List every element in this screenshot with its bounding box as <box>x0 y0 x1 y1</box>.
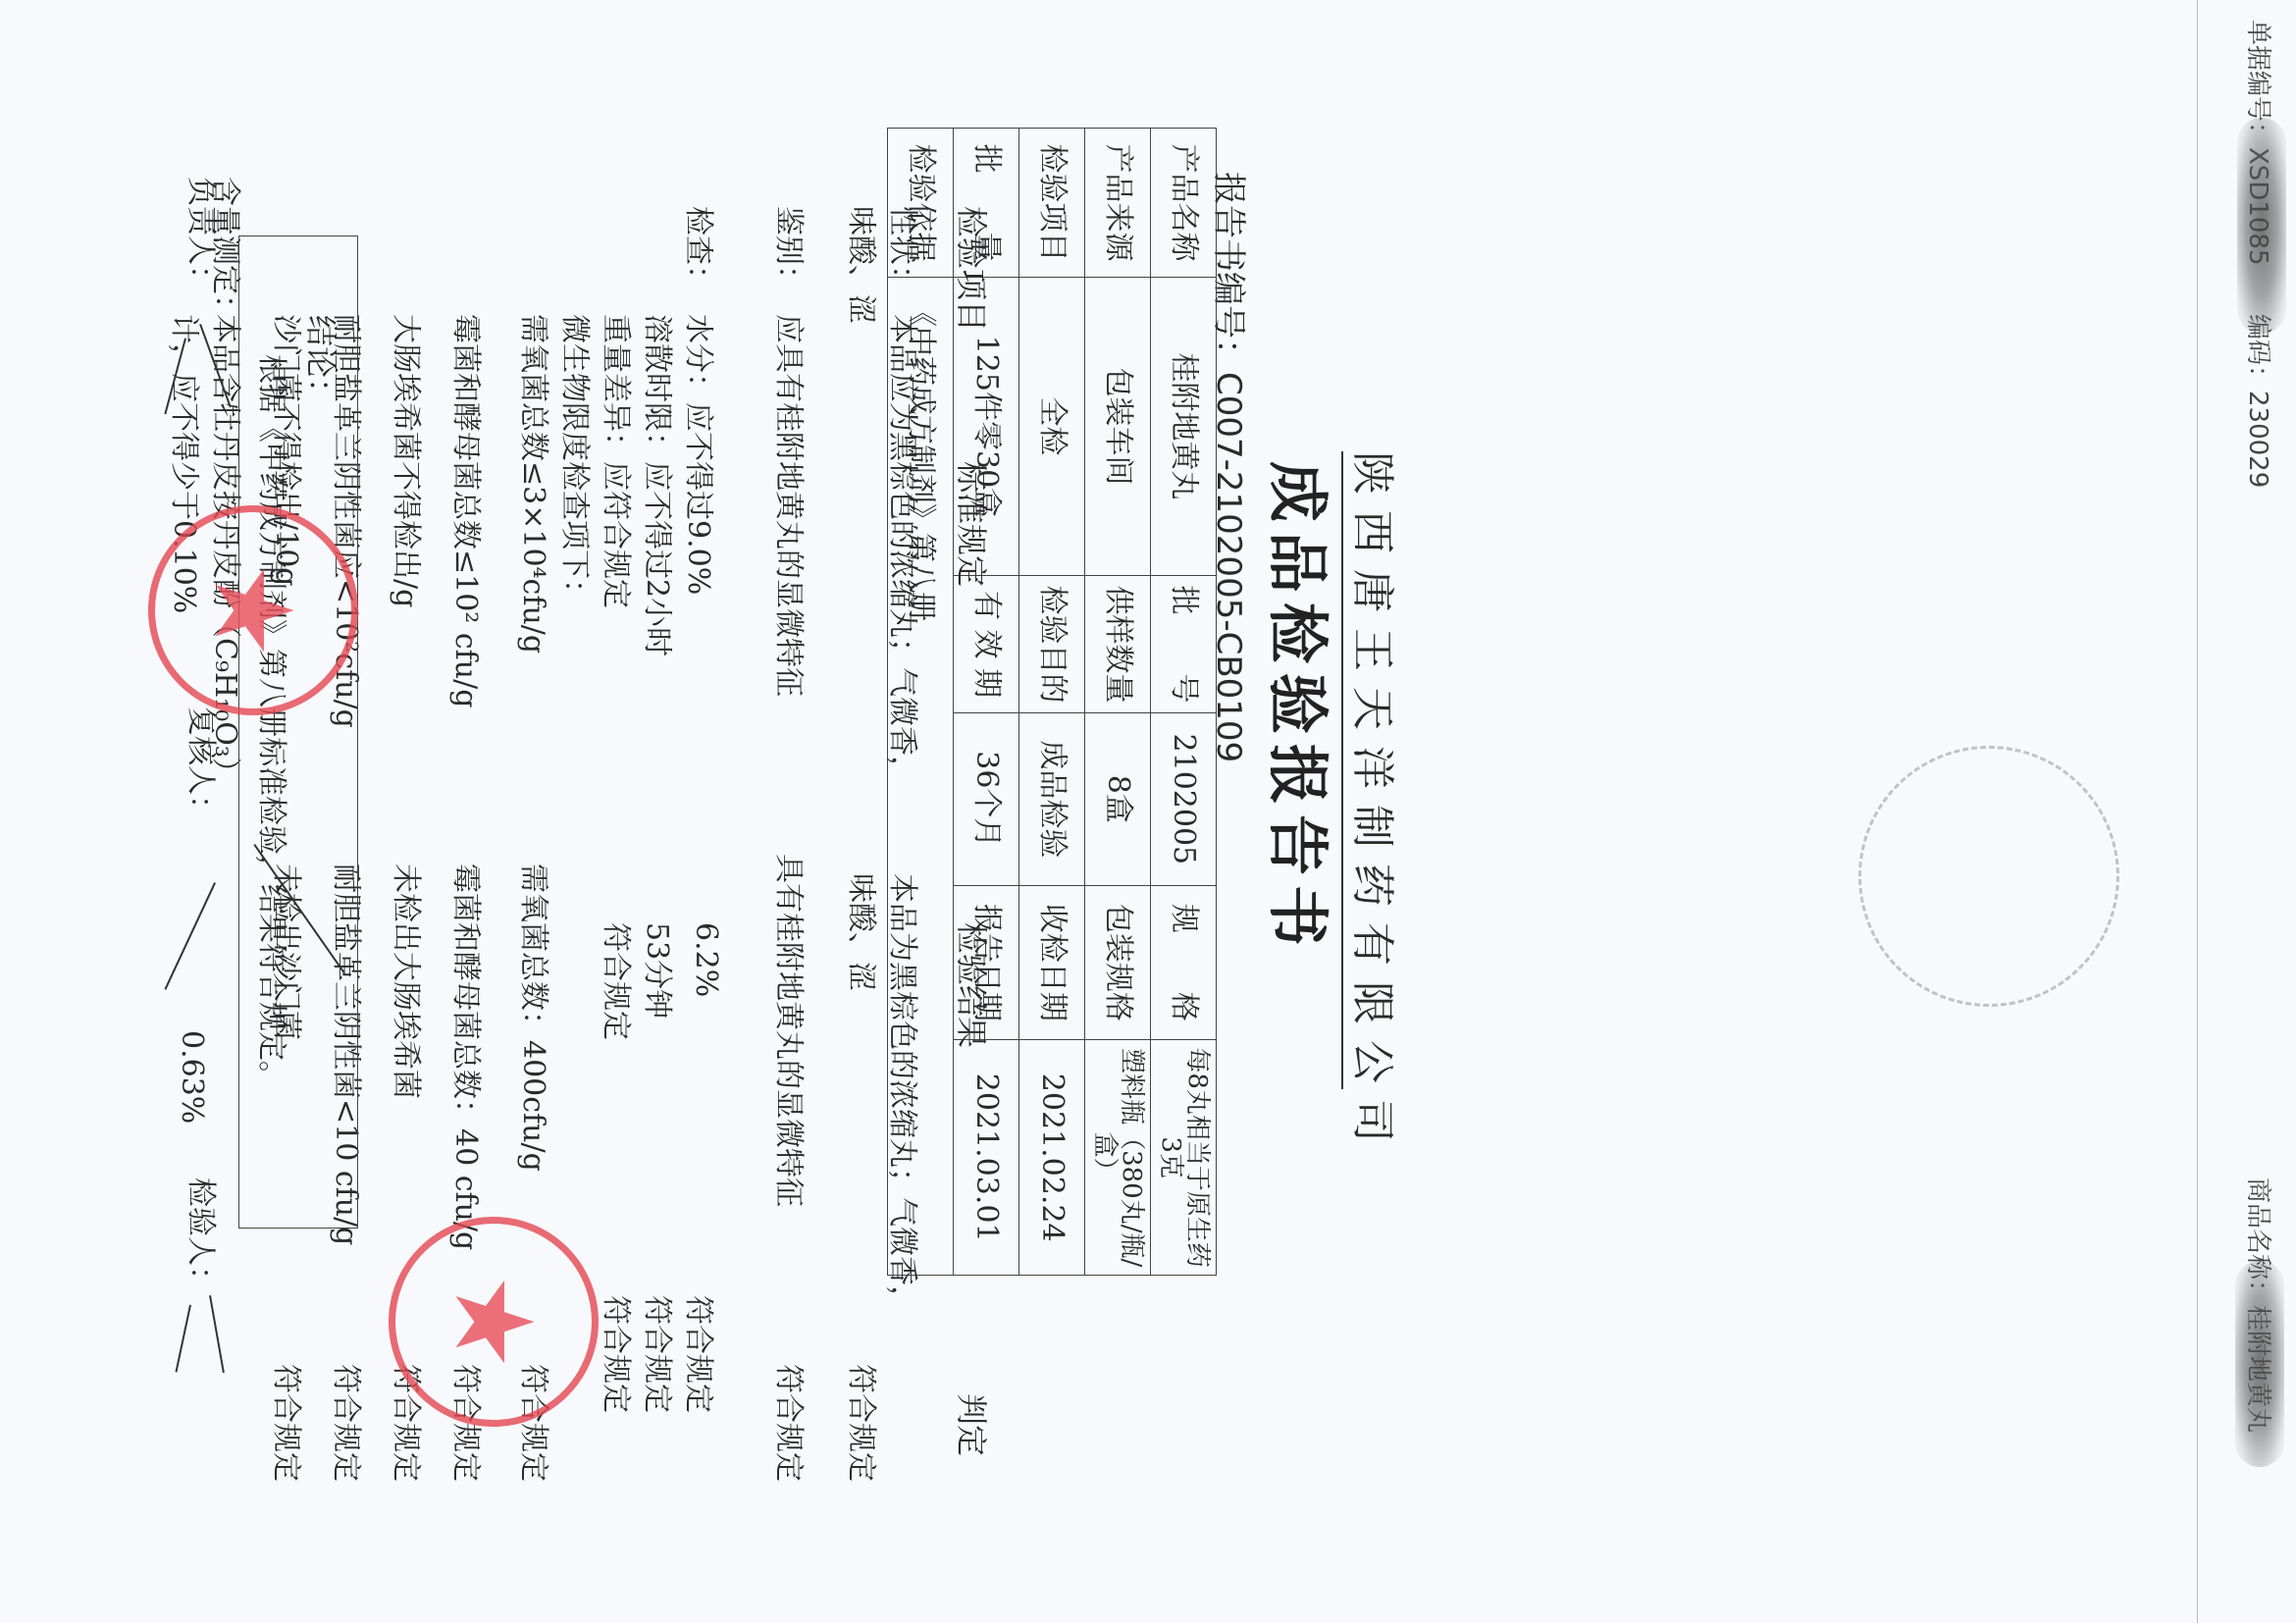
verdict-text: 符合规定 <box>598 1295 641 1413</box>
info-value: 2102005 <box>1151 713 1217 885</box>
info-label: 供样数量 <box>1085 575 1151 712</box>
info-label: 包装规格 <box>1085 885 1151 1040</box>
info-label: 产品来源 <box>1085 129 1151 278</box>
standard-text: 应具有桂附地黄丸的显微特征 <box>770 314 813 697</box>
info-value: 塑料瓶（380丸/瓶/盒） <box>1085 1040 1151 1276</box>
standard-text: 微生物限度检查项下： <box>556 314 600 608</box>
info-row: 产品来源包装车间供样数量8盒包装规格塑料瓶（380丸/瓶/盒） <box>1085 129 1151 1276</box>
result-text: 0.63% <box>175 1030 209 1124</box>
result-text: 符合规定 <box>598 922 641 1040</box>
standard-text: 溶散时限：应不得过2小时 <box>639 314 682 656</box>
info-value: 2021.02.24 <box>1019 1040 1085 1276</box>
info-label: 检验目的 <box>1019 575 1085 712</box>
verdict-text: 符合规定 <box>639 1295 682 1413</box>
info-value: 每8丸相当于原生药3克 <box>1151 1040 1217 1276</box>
info-value: 桂附地黄丸 <box>1151 277 1217 575</box>
info-table: 产品名称桂附地黄丸批 号2102005规 格每8丸相当于原生药3克产品来源包装车… <box>887 128 1217 1276</box>
verdict-text: 符合规定 <box>843 1364 886 1482</box>
info-label: 规 格 <box>1151 885 1217 1040</box>
inspection-report-page: 单据编号：XSD1085 编码：230029 商品名称：桂附地黄丸 陕西唐王天洋… <box>0 0 2296 1623</box>
inspector: 检验人： <box>183 1178 226 1295</box>
inspector-label: 检验人： <box>183 1178 218 1295</box>
star-icon: ★ <box>440 1274 548 1371</box>
signature-reviewer <box>164 882 216 990</box>
info-row: 检验项目全检检验目的成品检验收检日期2021.02.24 <box>1019 129 1085 1276</box>
conclusion-box: 结论： 根据《中药成方制剂》第八册标准检验，结果符合规定。 <box>238 236 358 1229</box>
standard-text: 味酸、涩 <box>843 206 886 324</box>
conclusion-text: 根据《中药成方制剂》第八册标准检验，结果符合规定。 <box>253 354 296 1090</box>
info-label: 检验项目 <box>1019 129 1085 278</box>
section-label: 性状： <box>884 206 927 294</box>
info-row: 产品名称桂附地黄丸批 号2102005规 格每8丸相当于原生药3克 <box>1151 129 1217 1276</box>
report-title: 成品检验报告书 <box>1259 461 1346 1168</box>
result-text: 味酸、涩 <box>843 873 886 991</box>
result-text: 6.2% <box>689 922 723 997</box>
info-value: 8盒 <box>1085 713 1151 885</box>
standard-text: 本品应为黑棕色的浓缩丸；气微香， <box>884 314 927 785</box>
col-header-item: 检验项目 <box>951 206 996 332</box>
info-value: 包装车间 <box>1085 277 1151 575</box>
col-header-verdict: 判定 <box>951 1393 996 1456</box>
section-label: 鉴别： <box>770 206 813 294</box>
signature-inspector <box>209 1295 225 1373</box>
info-value: 成品检验 <box>1019 713 1085 885</box>
responsible-label: 负责人： <box>183 177 218 294</box>
info-label: 有 效 期 <box>954 575 1019 712</box>
standard-text: 重量差异：应符合规定 <box>598 314 641 608</box>
result-text: 需氧菌总数：400cfu/g <box>515 864 558 1172</box>
result-text: 具有桂附地黄丸的显微特征 <box>770 854 813 1207</box>
result-text: 本品为黑棕色的浓缩丸；气微香， <box>884 873 927 1315</box>
info-label: 产品名称 <box>1151 129 1217 278</box>
reviewer-label: 复核人： <box>183 707 218 824</box>
verdict-text: 符合规定 <box>268 1364 311 1482</box>
responsible-person: 负责人： <box>183 177 226 294</box>
info-value: 2021.03.01 <box>954 1040 1019 1276</box>
reviewer: 复核人： <box>183 707 226 824</box>
info-label: 收检日期 <box>1019 885 1085 1040</box>
standard-text: 霉菌和酵母菌总数≤10² cfu/g <box>447 314 491 707</box>
standard-text: 需氧菌总数≤3×10⁴cfu/g <box>515 314 558 654</box>
conclusion-label: 结论： <box>300 315 345 409</box>
star-icon: ★ <box>199 562 307 659</box>
col-header-result: 检验结果 <box>951 922 996 1048</box>
standard-text: 大肠埃希菌不得检出/g <box>388 314 431 607</box>
result-text: 霉菌和酵母菌总数：40 cfu/g <box>447 864 491 1250</box>
section-label: 检查： <box>680 206 723 294</box>
company-heading: 陕西唐王天洋制药有限公司 <box>1341 451 1408 1089</box>
info-value: 全检 <box>1019 277 1085 575</box>
info-value: 36个月 <box>954 713 1019 885</box>
verdict-text: 符合规定 <box>770 1364 813 1482</box>
verdict-text: 符合规定 <box>680 1295 723 1413</box>
result-text: 未检出大肠埃希菌 <box>388 864 431 1099</box>
qc-red-stamp: ★ <box>389 1217 599 1427</box>
col-header-standard: 标准规定 <box>951 461 996 587</box>
company-red-stamp: ★ <box>148 505 358 715</box>
result-text: 53分钟 <box>639 922 682 1019</box>
standard-text: 水分：应不得过9.0% <box>680 314 723 595</box>
signature-inspector <box>175 1305 191 1373</box>
verdict-text: 符合规定 <box>328 1364 371 1482</box>
report-body: 陕西唐王天洋制药有限公司 成品检验报告书 报告书编号：C007-2102005-… <box>0 0 2296 1623</box>
info-label: 批 号 <box>1151 575 1217 712</box>
